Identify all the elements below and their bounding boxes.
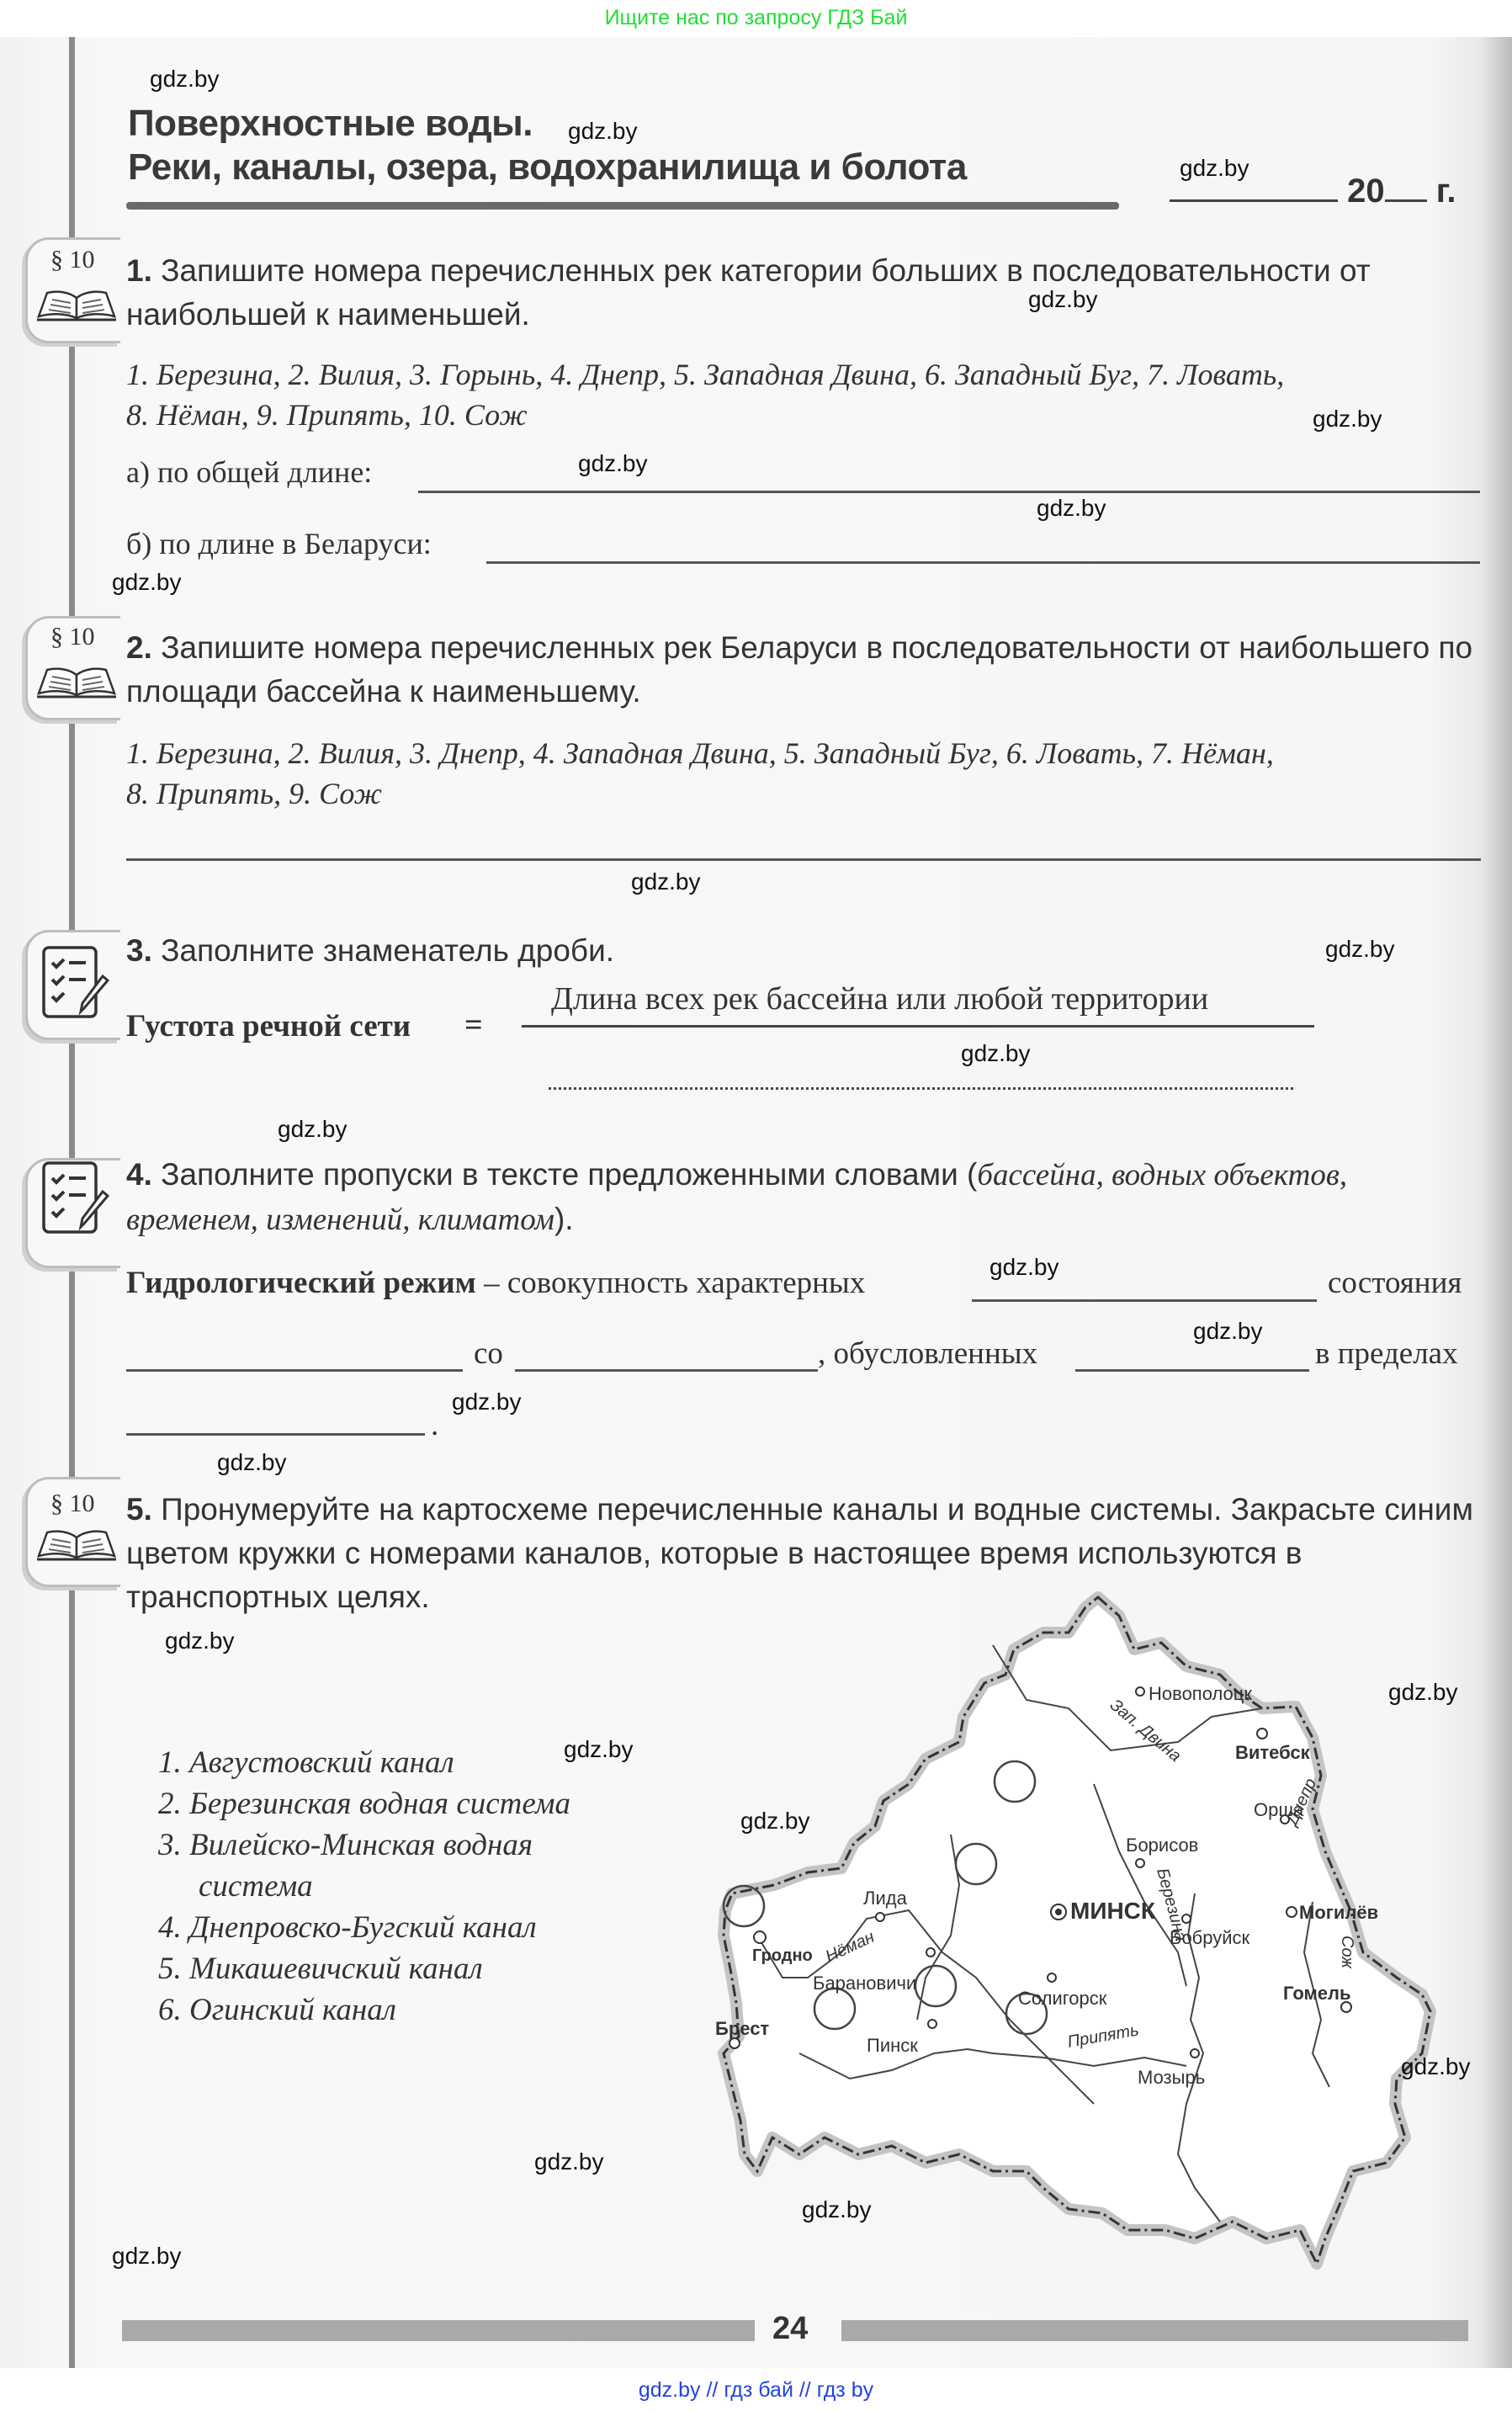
task-4-sentence-line-1: Гидрологический режим – совокупность хар…: [126, 1265, 865, 1301]
section-ref: § 10: [50, 246, 95, 274]
watermark: gdz.by: [1028, 286, 1098, 313]
canal-item: 1. Августовский канал: [158, 1742, 570, 1783]
svg-text:Лида: Лида: [863, 1888, 908, 1909]
open-book-icon: [35, 1527, 118, 1561]
task-2-options-line-2: 8. Припять, 9. Сож: [126, 773, 1489, 815]
watermark: gdz.by: [1037, 495, 1106, 522]
task-1-field-a-label: а) по общей длине:: [126, 454, 372, 490]
canal-list: 1. Августовский канал 2. Березинская вод…: [158, 1742, 570, 2031]
watermark: gdz.by: [452, 1389, 522, 1415]
blank-4-input[interactable]: [1075, 1369, 1309, 1372]
task-1-field-a-input[interactable]: [418, 491, 1480, 493]
watermark: gdz.by: [564, 1736, 634, 1763]
watermark: gdz.by: [578, 450, 648, 477]
open-book-icon: [35, 665, 118, 698]
fraction-numerator: Длина всех рек бассейна или любой террит…: [551, 980, 1208, 1017]
canal-item: 6. Огинский канал: [158, 1989, 570, 2031]
svg-text:Новополоцк: Новополоцк: [1149, 1683, 1252, 1704]
svg-text:Могилёв: Могилёв: [1299, 1902, 1378, 1923]
task-1-field-b-input[interactable]: [486, 561, 1480, 564]
watermark: gdz.by: [165, 1628, 235, 1654]
word-so: со: [474, 1336, 503, 1372]
task-3-prompt: 3. Заполните знаменатель дроби.: [126, 929, 1481, 973]
word-state: состояния: [1328, 1265, 1462, 1301]
page-number: 24: [772, 2311, 808, 2347]
border-outline: [724, 1597, 1430, 2264]
title-line-1: Поверхностные воды.: [128, 103, 533, 145]
svg-text:МИНСК: МИНСК: [1070, 1898, 1156, 1924]
watermark: gdz.by: [631, 868, 701, 895]
task-2-answer-input[interactable]: [126, 858, 1481, 861]
watermark: gdz.by: [112, 569, 182, 596]
canal-item: система: [158, 1866, 570, 1907]
date-year: 20: [1347, 173, 1385, 210]
svg-text:Солигорск: Солигорск: [1018, 1988, 1107, 2009]
watermark: gdz.by: [217, 1449, 287, 1476]
canal-item: 3. Вилейско-Минская водная: [158, 1824, 570, 1866]
svg-text:Гродно: Гродно: [752, 1946, 813, 1965]
blank-1-input[interactable]: [972, 1299, 1317, 1302]
fraction-denominator-input[interactable]: [549, 1087, 1293, 1090]
title-line-2: Реки, каналы, озера, водохранилища и бол…: [128, 146, 967, 189]
page-footer-bar-left: [122, 2320, 755, 2341]
watermark: gdz.by: [1325, 936, 1395, 963]
blank-3-input[interactable]: [515, 1369, 818, 1372]
svg-text:Пинск: Пинск: [867, 2035, 918, 2056]
date-field[interactable]: 20 г.: [1170, 173, 1456, 210]
watermark: gdz.by: [112, 2243, 182, 2270]
blank-5-input[interactable]: [126, 1433, 425, 1436]
belarus-map: Новополоцк Витебск Орша Борисов МИНСК Мо…: [673, 1582, 1512, 2314]
date-blank[interactable]: [1170, 199, 1338, 202]
word-within: в пределах: [1315, 1336, 1458, 1372]
formula-label: Густота речной сети: [126, 1008, 411, 1044]
svg-text:Борисов: Борисов: [1126, 1835, 1198, 1856]
date-suffix: г.: [1436, 173, 1456, 210]
task-1-options-line-1: 1. Березина, 2. Вилия, 3. Горынь, 4. Дне…: [126, 353, 1489, 396]
fraction-bar: [522, 1025, 1314, 1028]
section-ref: § 10: [50, 623, 95, 651]
watermark: gdz.by: [150, 66, 220, 93]
watermark: gdz.by: [568, 118, 638, 145]
bottom-banner[interactable]: gdz.by // гдз бай // гдз by: [0, 2369, 1512, 2411]
watermark: gdz.by: [534, 2148, 604, 2175]
open-book-icon: [35, 288, 118, 321]
task-1-options-line-2: 8. Нёман, 9. Припять, 10. Сож: [126, 394, 1489, 436]
svg-text:Сож: Сож: [1338, 1936, 1356, 1969]
watermark: gdz.by: [1313, 406, 1382, 433]
task-1-field-b-label: б) по длине в Беларуси:: [126, 526, 432, 561]
watermark: gdz.by: [740, 1808, 810, 1835]
svg-text:Барановичи: Барановичи: [813, 1973, 916, 1994]
watermark: gdz.by: [961, 1040, 1031, 1067]
task-1-prompt: 1. Запишите номера перечисленных рек кат…: [126, 249, 1481, 337]
section-ref: § 10: [50, 1490, 95, 1518]
checklist-pencil-icon: [40, 944, 113, 1020]
svg-text:Витебск: Витебск: [1235, 1742, 1311, 1763]
watermark: gdz.by: [1401, 2053, 1471, 2080]
checklist-pencil-icon: [40, 1160, 113, 1235]
watermark: gdz.by: [1193, 1318, 1263, 1345]
title-underline: [126, 202, 1119, 210]
svg-text:Мозырь: Мозырь: [1138, 2067, 1205, 2088]
canal-item: 4. Днепровско-Бугский канал: [158, 1907, 570, 1948]
blank-2-input[interactable]: [126, 1369, 463, 1372]
svg-text:Брест: Брест: [715, 2018, 769, 2039]
svg-text:Гомель: Гомель: [1283, 1983, 1351, 2004]
date-year-blank[interactable]: [1385, 199, 1427, 202]
watermark: gdz.by: [989, 1254, 1059, 1281]
task-4-prompt: 4. Заполните пропуски в тексте предложен…: [126, 1153, 1481, 1242]
task-2-prompt: 2. Запишите номера перечисленных рек Бел…: [126, 626, 1481, 714]
formula-equals: =: [464, 1006, 483, 1044]
top-banner[interactable]: Ищите нас по запросу ГДЗ Бай: [0, 0, 1512, 35]
page-footer-bar-right: [841, 2320, 1468, 2341]
word-caused: , обусловленных: [818, 1336, 1037, 1372]
sentence-period: .: [431, 1407, 438, 1443]
canal-item: 5. Микашевичский канал: [158, 1948, 570, 1989]
task-2-options-line-1: 1. Березина, 2. Вилия, 3. Днепр, 4. Запа…: [126, 732, 1489, 774]
watermark: gdz.by: [802, 2196, 872, 2223]
watermark: gdz.by: [278, 1116, 347, 1143]
watermark: gdz.by: [1388, 1679, 1458, 1706]
canal-item: 2. Березинская водная система: [158, 1783, 570, 1824]
